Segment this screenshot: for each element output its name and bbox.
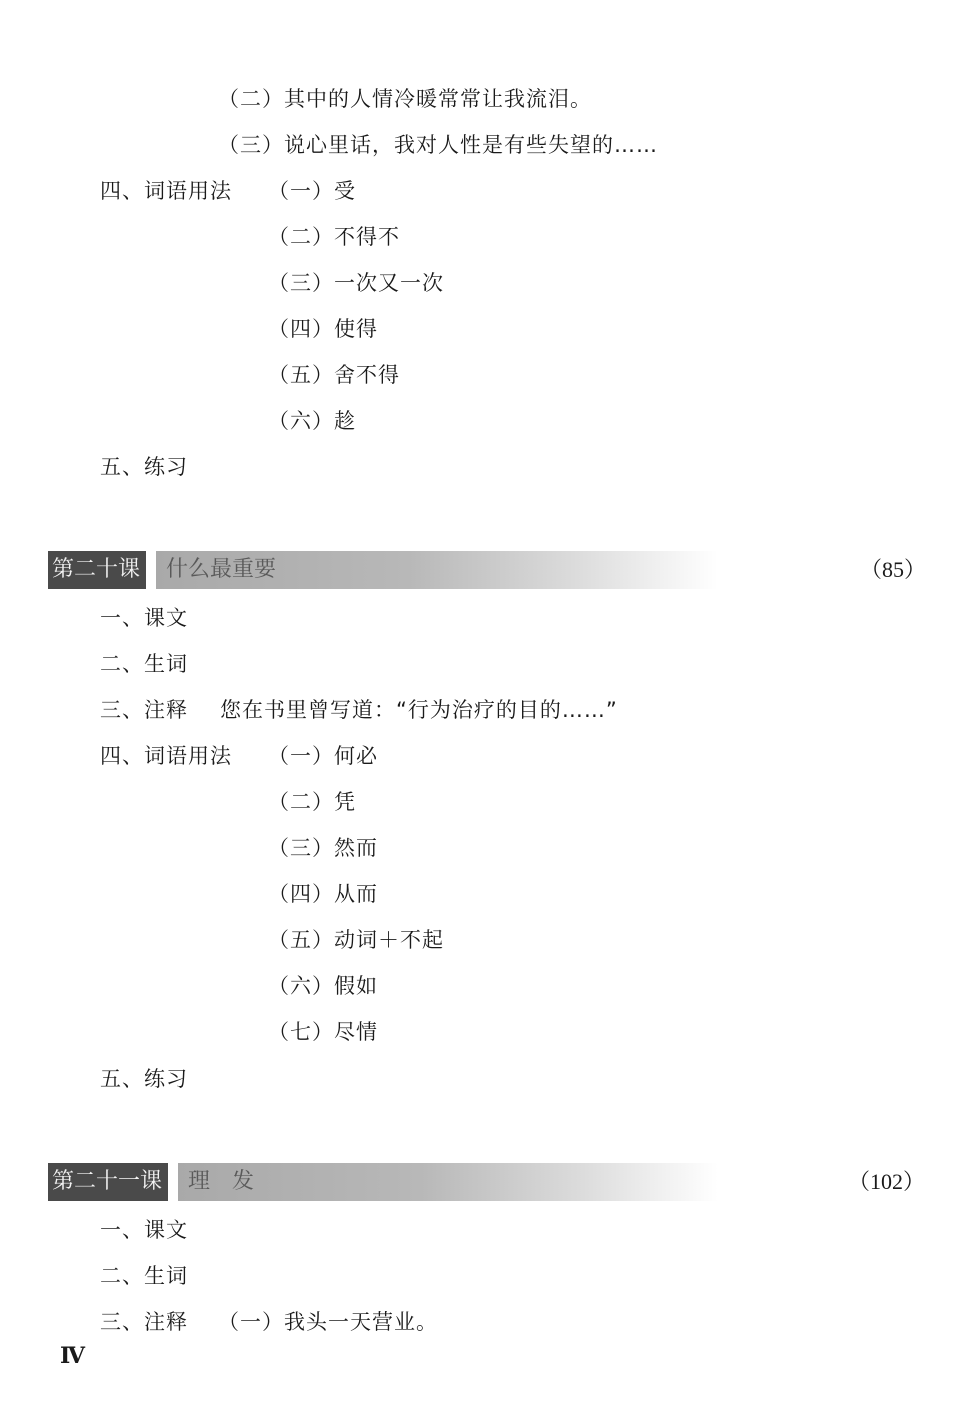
usage-item: （二）不得不 xyxy=(268,222,400,252)
usage-item: （四）从而 xyxy=(268,879,378,909)
section-heading-text: 一、课文 xyxy=(100,603,188,633)
section-heading-usage: 四、词语用法 xyxy=(100,176,232,206)
lesson-header-21[interactable]: 第二十一课 理 发 xyxy=(48,1163,718,1201)
section-heading-usage: 四、词语用法 xyxy=(100,741,232,771)
section-heading-exercise: 五、练习 xyxy=(100,1064,188,1094)
section-heading-vocab: 二、生词 xyxy=(100,1261,188,1291)
usage-item: （三）一次又一次 xyxy=(268,268,444,298)
page-number: Ⅳ xyxy=(60,1343,85,1369)
note-item: （一）我头一天营业。 xyxy=(218,1307,438,1337)
note-item: （二）其中的人情冷暖常常让我流泪。 xyxy=(218,84,592,114)
lesson-title: 理 发 xyxy=(178,1163,718,1201)
usage-item: （三）然而 xyxy=(268,833,378,863)
section-heading-text: 一、课文 xyxy=(100,1215,188,1245)
lesson-number: 第二十一课 xyxy=(48,1163,168,1201)
lesson-header-20[interactable]: 第二十课 什么最重要 xyxy=(48,551,718,589)
section-heading-vocab: 二、生词 xyxy=(100,649,188,679)
lesson-title: 什么最重要 xyxy=(156,551,718,589)
usage-item: （六）假如 xyxy=(268,971,378,1001)
section-heading-notes: 三、注释 xyxy=(100,1307,188,1337)
usage-item: （五）动词＋不起 xyxy=(268,925,444,955)
page-reference[interactable]: （102） xyxy=(848,1167,925,1197)
usage-item: （五）舍不得 xyxy=(268,360,400,390)
note-item: 您在书里曾写道：“行为治疗的目的……” xyxy=(220,695,618,725)
section-heading-notes: 三、注释 xyxy=(100,695,188,725)
usage-item: （一）受 xyxy=(268,176,356,206)
usage-item: （七）尽情 xyxy=(268,1017,378,1047)
page-reference[interactable]: （85） xyxy=(860,555,926,585)
usage-item: （二）凭 xyxy=(268,787,356,817)
lesson-number: 第二十课 xyxy=(48,551,146,589)
note-item: （三）说心里话，我对人性是有些失望的…… xyxy=(218,130,658,160)
usage-item: （四）使得 xyxy=(268,314,378,344)
usage-item: （一）何必 xyxy=(268,741,378,771)
section-heading-exercise: 五、练习 xyxy=(100,452,188,482)
usage-item: （六）趁 xyxy=(268,406,356,436)
